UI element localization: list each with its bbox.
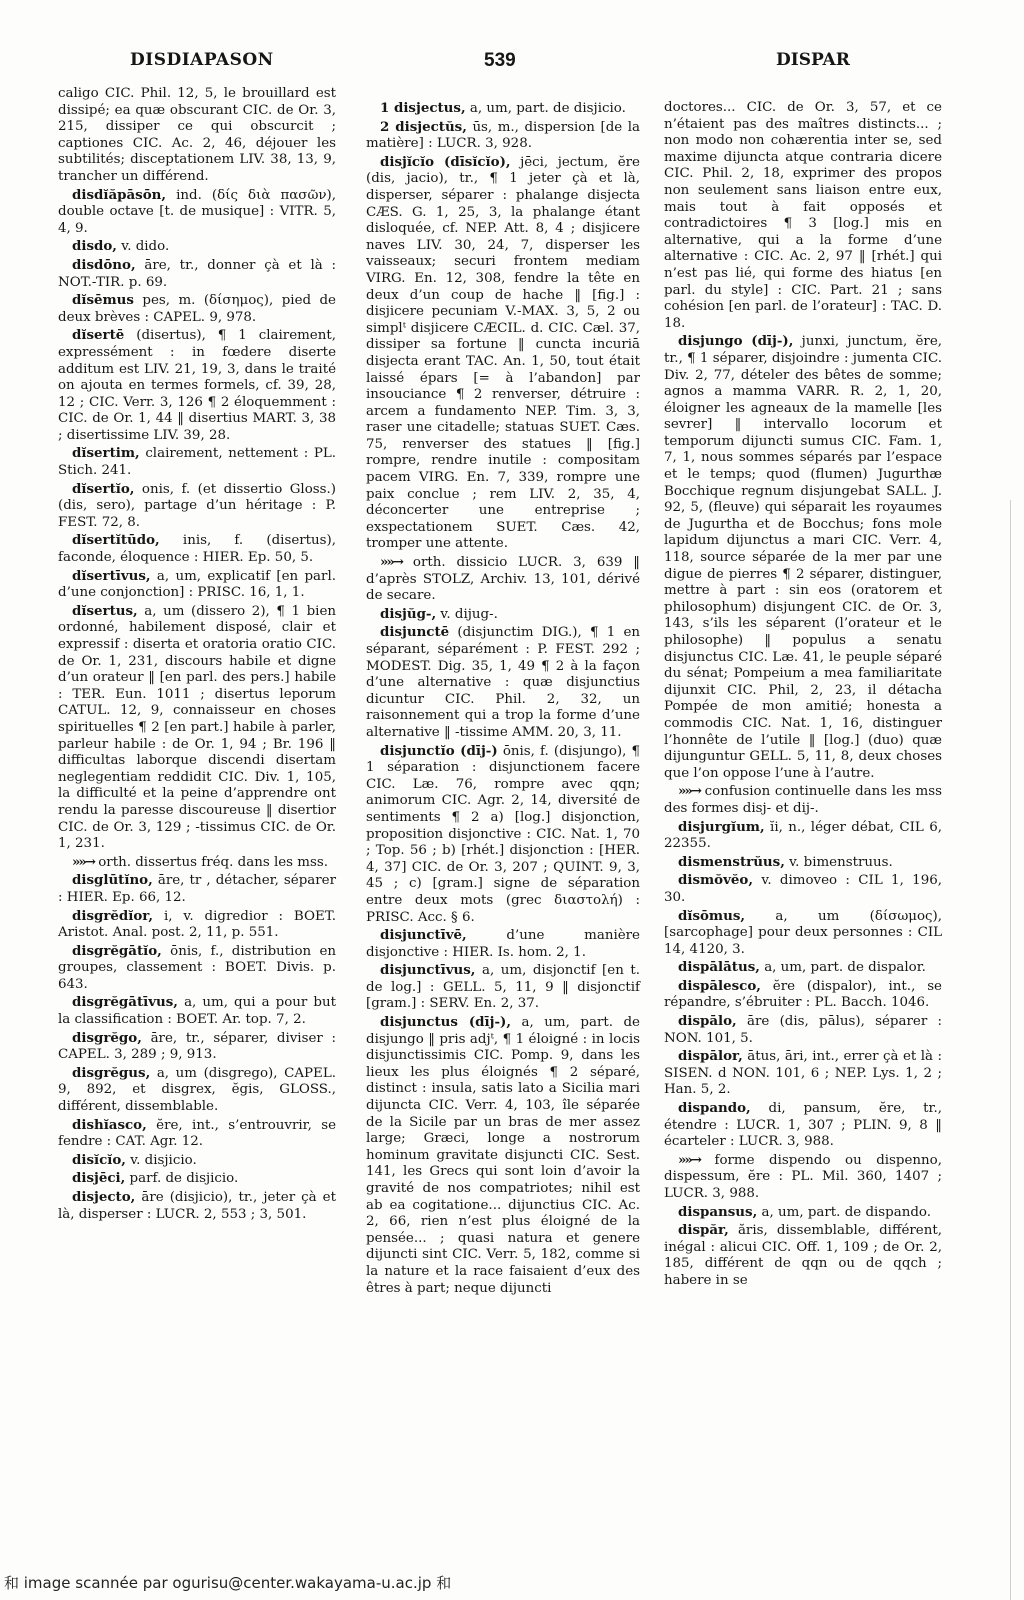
- headword: disjecto,: [72, 1189, 135, 1205]
- left-guide-word: DISDIAPASON: [130, 50, 274, 70]
- headword: disjŭg-,: [380, 606, 436, 622]
- dictionary-entry: disgrĕgo, āre, tr., séparer, diviser : C…: [58, 1030, 336, 1064]
- entry-note: »»→ orth. dissertus fréq. dans les mss.: [58, 854, 336, 872]
- column-middle: 1 disjectus, a, um, part. de disjicio.2 …: [366, 100, 640, 1298]
- dictionary-entry: dĭsertē (disertus), ¶ 1 clairement, expr…: [58, 327, 336, 444]
- headword: disjēci,: [72, 1170, 125, 1186]
- dictionary-entry: dĭsertim, clairement, nettement : PL. St…: [58, 445, 336, 479]
- dictionary-entry: disjunctē (disjunctim DIG.), ¶ 1 en sépa…: [366, 624, 640, 741]
- headword: disgrĕgātĭo,: [72, 943, 162, 959]
- dictionary-entry: disjŭg-, v. dijug-.: [366, 606, 640, 624]
- dictionary-entry: disgrĕdĭor, i, v. digredior : BOET. Aris…: [58, 908, 336, 942]
- headword: disjungo (dīj-),: [678, 333, 793, 349]
- definition-text: orth. dissicio LUCR. 3, 639 ‖ d’après ST…: [366, 555, 640, 603]
- headword: dĭsertĭtūdo,: [72, 532, 160, 548]
- dictionary-entry: dispālor, ātus, āri, int., errer çà et l…: [664, 1048, 942, 1099]
- headword: 2 disjectŭs,: [380, 119, 467, 135]
- definition-text: jēci, jectum, ĕre (dis, jacio), tr., ¶ 1…: [366, 155, 640, 552]
- definition-text: parf. de disjicio.: [130, 1171, 239, 1186]
- dictionary-entry: dĭsertus, a, um (dissero 2), ¶ 1 bien or…: [58, 603, 336, 853]
- entry-note: »»→ forme dispendo ou dispenno, dispessu…: [664, 1152, 942, 1203]
- headword: 1 disjectus,: [380, 100, 466, 116]
- dictionary-entry: dispando, di, pansum, ĕre, tr., étendre …: [664, 1100, 942, 1151]
- dictionary-entry: disjunctus (dīj-), a, um, part. de disju…: [366, 1014, 640, 1297]
- definition-text: v. dijug-.: [440, 607, 497, 622]
- headword: dismenstrŭus,: [678, 854, 785, 870]
- headword: disjunctus (dīj-),: [380, 1014, 511, 1030]
- dictionary-entry: dĭsertīvus, a, um, explicatif [en parl. …: [58, 568, 336, 602]
- headword: dispăr,: [678, 1222, 729, 1238]
- definition-text: v. disjicio.: [130, 1153, 197, 1168]
- headword: disjunctē: [380, 624, 449, 640]
- headword: disgrĕdĭor,: [72, 908, 153, 924]
- definition-text: a, um, part. de dispalor.: [764, 960, 926, 975]
- dictionary-entry: dispālesco, ĕre (dispalor), int., se rép…: [664, 978, 942, 1012]
- headword: disĭcĭo,: [72, 1152, 126, 1168]
- definition-text: a, um, part. de disjungo ‖ pris adjᵗ, ¶ …: [366, 1015, 640, 1296]
- headword: dispālo,: [678, 1013, 737, 1029]
- entry-continuation: doctores... CIC. de Or. 3, 57, et ce n’é…: [664, 100, 942, 332]
- note-arrow-icon: »»→: [380, 554, 402, 570]
- dictionary-entry: disglūtĭno, āre, tr , détacher, séparer …: [58, 872, 336, 906]
- headword: disglūtĭno,: [72, 872, 153, 888]
- definition-text: (disjunctim DIG.), ¶ 1 en séparant, sépa…: [366, 625, 640, 740]
- definition-text: forme dispendo ou dispenno, dispessum, ĕ…: [664, 1153, 942, 1201]
- note-arrow-icon: »»→: [678, 1152, 700, 1168]
- dictionary-entry: dispansus, a, um, part. de dispando.: [664, 1204, 942, 1222]
- headword: disdĭăpāsōn,: [72, 187, 166, 203]
- dictionary-entry: disjĭcĭo (dīsĭcĭo), jēci, jectum, ĕre (d…: [366, 154, 640, 553]
- definition-text: confusion continuelle dans les mss des f…: [664, 784, 942, 816]
- scan-credit: 和 image scannée par ogurisu@center.wakay…: [4, 1572, 451, 1593]
- headword: disgrĕgātīvus,: [72, 994, 178, 1010]
- right-guide-word: DISPAR: [776, 50, 850, 70]
- headword: disdo,: [72, 238, 117, 254]
- definition-text: (disertus), ¶ 1 clairement, expressément…: [58, 328, 336, 443]
- dictionary-entry: dismŏvĕo, v. dimoveo : CIL 1, 196, 30.: [664, 872, 942, 906]
- dictionary-entry: disdōno, āre, tr., donner çà et là : NOT…: [58, 257, 336, 291]
- headword: dispālor,: [678, 1048, 743, 1064]
- headword: dispando,: [678, 1100, 751, 1116]
- entry-continuation: caligo CIC. Phil. 12, 5, le brouillard e…: [58, 86, 336, 186]
- headword: disdōno,: [72, 257, 136, 273]
- headword: dismŏvĕo,: [678, 872, 753, 888]
- dictionary-entry: disjungo (dīj-), junxi, junctum, ĕre, tr…: [664, 333, 942, 782]
- definition-text: v. bimenstruus.: [789, 855, 893, 870]
- headword: disgrĕgus,: [72, 1065, 150, 1081]
- dictionary-entry: disjēci, parf. de disjicio.: [58, 1170, 336, 1188]
- dictionary-entry: disdĭăpāsōn, ind. (δίς διὰ πασῶν), doubl…: [58, 187, 336, 238]
- headword: dĭsertē: [72, 327, 124, 343]
- dictionary-entry: disjecto, āre (disjicio), tr., jeter çà …: [58, 1189, 336, 1223]
- dictionary-entry: dĭsertĭtūdo, inis, f. (disertus), facond…: [58, 532, 336, 566]
- dictionary-entry: dispăr, ăris, dissemblable, différent, i…: [664, 1222, 942, 1289]
- definition-text: a, um (dissero 2), ¶ 1 bien ordonné, hab…: [58, 604, 336, 851]
- entry-note: »»→ orth. dissicio LUCR. 3, 639 ‖ d’aprè…: [366, 554, 640, 605]
- headword: dĭsēmus: [72, 292, 134, 308]
- headword: dĭsōmus,: [678, 908, 745, 924]
- dictionary-entry: 2 disjectŭs, ūs, m., dispersion [de la m…: [366, 119, 640, 153]
- dictionary-entry: dĭsēmus pes, m. (δίσημος), pied de deux …: [58, 292, 336, 326]
- definition-text: v. dido.: [121, 239, 169, 254]
- headword: disjĭcĭo (dīsĭcĭo),: [380, 154, 511, 170]
- entry-note: »»→ confusion continuelle dans les mss d…: [664, 783, 942, 817]
- headword: dispansus,: [678, 1204, 757, 1220]
- headword: dĭsertĭo,: [72, 481, 134, 497]
- headword: dispālātus,: [678, 959, 760, 975]
- page-number: 539: [484, 50, 516, 72]
- definition-text: orth. dissertus fréq. dans les mss.: [98, 855, 328, 870]
- dictionary-entry: 1 disjectus, a, um, part. de disjicio.: [366, 100, 640, 118]
- dictionary-entry: dispālo, āre (dis, pālus), séparer : NON…: [664, 1013, 942, 1047]
- dictionary-entry: dismenstrŭus, v. bimenstruus.: [664, 854, 942, 872]
- definition-text: junxi, junctum, ĕre, tr., ¶ 1 séparer, d…: [664, 334, 942, 780]
- headword: disjunctīvē,: [380, 927, 467, 943]
- headword: disjunctīvus,: [380, 962, 475, 978]
- scan-edge-line: [1010, 500, 1011, 1600]
- headword: dispālesco,: [678, 978, 761, 994]
- definition-text: ōnis, f. (disjungo), ¶ 1 séparation : di…: [366, 744, 640, 925]
- dictionary-entry: disgrĕgātĭo, ōnis, f., distribution en g…: [58, 943, 336, 994]
- definition-text: a, um, part. de dispando.: [762, 1205, 932, 1220]
- dictionary-entry: disjunctīvus, a, um, disjonctif [en t. d…: [366, 962, 640, 1013]
- note-arrow-icon: »»→: [678, 783, 700, 799]
- headword: dĭsertim,: [72, 445, 140, 461]
- dictionary-entry: disjunctīvē, d’une manière disjonctive :…: [366, 927, 640, 961]
- headword: dĭsertīvus,: [72, 568, 151, 584]
- headword: disjunctĭo (dīj-): [380, 743, 498, 759]
- headword: disjurgĭum,: [678, 819, 765, 835]
- column-right: doctores... CIC. de Or. 3, 57, et ce n’é…: [664, 100, 942, 1291]
- definition-text: doctores... CIC. de Or. 3, 57, et ce n’é…: [664, 100, 942, 331]
- dictionary-entry: dispālātus, a, um, part. de dispalor.: [664, 959, 942, 977]
- column-left: caligo CIC. Phil. 12, 5, le brouillard e…: [58, 86, 336, 1224]
- definition-text: caligo CIC. Phil. 12, 5, le brouillard e…: [58, 86, 336, 184]
- dictionary-entry: dishĭasco, ĕre, int., s’entrouvrir, se f…: [58, 1117, 336, 1151]
- dictionary-entry: dĭsōmus, a, um (δίσωμος), [sarcophage] p…: [664, 908, 942, 959]
- definition-text: a, um, part. de disjicio.: [470, 101, 626, 116]
- headword: dishĭasco,: [72, 1117, 147, 1133]
- headword: disgrĕgo,: [72, 1030, 142, 1046]
- dictionary-entry: disgrĕgātīvus, a, um, qui a pour but la …: [58, 994, 336, 1028]
- dictionary-entry: disdo, v. dido.: [58, 238, 336, 256]
- headword: dĭsertus,: [72, 603, 138, 619]
- dictionary-entry: dĭsertĭo, onis, f. (et dissertio Gloss.)…: [58, 481, 336, 532]
- note-arrow-icon: »»→: [72, 854, 94, 870]
- dictionary-entry: disjurgĭum, ĭi, n., léger débat, CIL 6, …: [664, 819, 942, 853]
- dictionary-entry: disĭcĭo, v. disjicio.: [58, 1152, 336, 1170]
- dictionary-entry: disjunctĭo (dīj-) ōnis, f. (disjungo), ¶…: [366, 743, 640, 927]
- dictionary-entry: disgrĕgus, a, um (disgrego), CAPEL. 9, 8…: [58, 1065, 336, 1116]
